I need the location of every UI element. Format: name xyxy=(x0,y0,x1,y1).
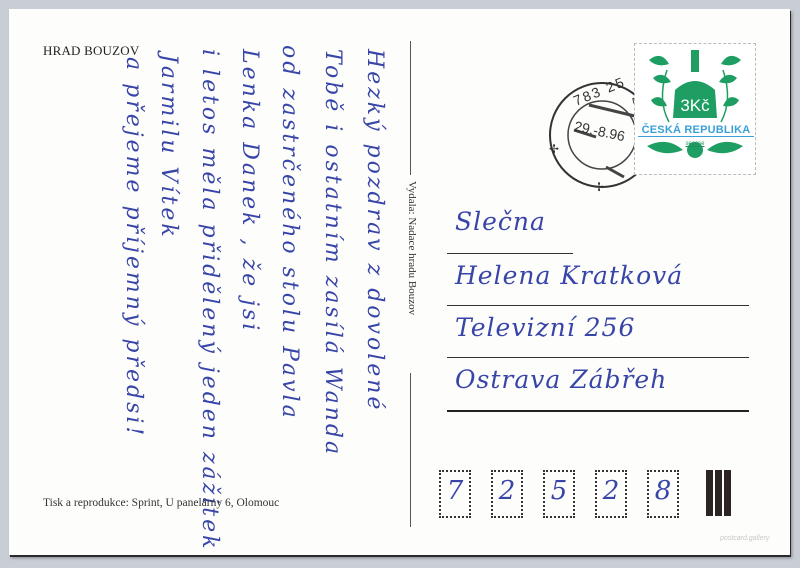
center-divider xyxy=(410,41,411,175)
message-line: Hezký pozdrav z dovolené xyxy=(362,49,387,412)
message-line: od zastrčeného stolu Pavla xyxy=(277,45,302,421)
postcode-box: 2 xyxy=(595,470,627,518)
address-rule xyxy=(447,305,749,306)
svg-text:✢: ✢ xyxy=(594,180,604,194)
watermark: postcard.gallery xyxy=(720,535,769,542)
postcode-box: 2 xyxy=(491,470,523,518)
svg-text:✢: ✢ xyxy=(549,142,559,156)
address-rule xyxy=(447,357,749,358)
postcode-box: 5 xyxy=(543,470,575,518)
message-line: i letos měla přidělený jeden zážitek xyxy=(197,49,222,552)
postcode-box: 8 xyxy=(647,470,679,518)
postcode-box: 7 xyxy=(439,470,471,518)
message-line: Lenka Danek , že jsi xyxy=(237,49,262,333)
address-line: Ostrava Zábřeh xyxy=(455,365,667,394)
postal-bar xyxy=(706,470,713,516)
printer-credit: Tisk a reprodukce: Sprint, U panelárny 6… xyxy=(43,497,279,509)
postcode-digit: 2 xyxy=(493,476,521,506)
stamp-subtitle: secese xyxy=(680,141,710,147)
address-line: Slečna xyxy=(455,207,546,236)
address-rule xyxy=(447,410,749,412)
address-line: Helena Kratková xyxy=(455,261,683,290)
postcode-digit: 8 xyxy=(649,476,677,506)
stamp-value: 3Kč xyxy=(675,96,715,116)
publisher-credit: Vydala: Nadace hradu Bouzov xyxy=(406,181,418,315)
message-line: Tobě i ostatním zasílá Wanda xyxy=(320,49,345,457)
postcode-digit: 7 xyxy=(441,476,469,506)
message-line: a přejeme příjemný předsi! xyxy=(121,57,146,438)
postcard: HRAD BOUZOV Hezký pozdrav z dovolené Tob… xyxy=(9,9,790,555)
postage-stamp: 3Kč ČESKÁ REPUBLIKA secese xyxy=(634,43,756,175)
postcode-digit: 2 xyxy=(597,476,625,506)
address-line: Televizní 256 xyxy=(455,313,635,342)
postal-bar xyxy=(715,470,722,516)
stamp-country: ČESKÁ REPUBLIKA xyxy=(638,124,754,137)
center-divider xyxy=(410,373,411,527)
message-line: Jarmilu Vítek xyxy=(156,54,181,240)
postal-bar xyxy=(724,470,731,516)
address-rule xyxy=(447,253,573,254)
postcode-digit: 5 xyxy=(545,476,573,506)
